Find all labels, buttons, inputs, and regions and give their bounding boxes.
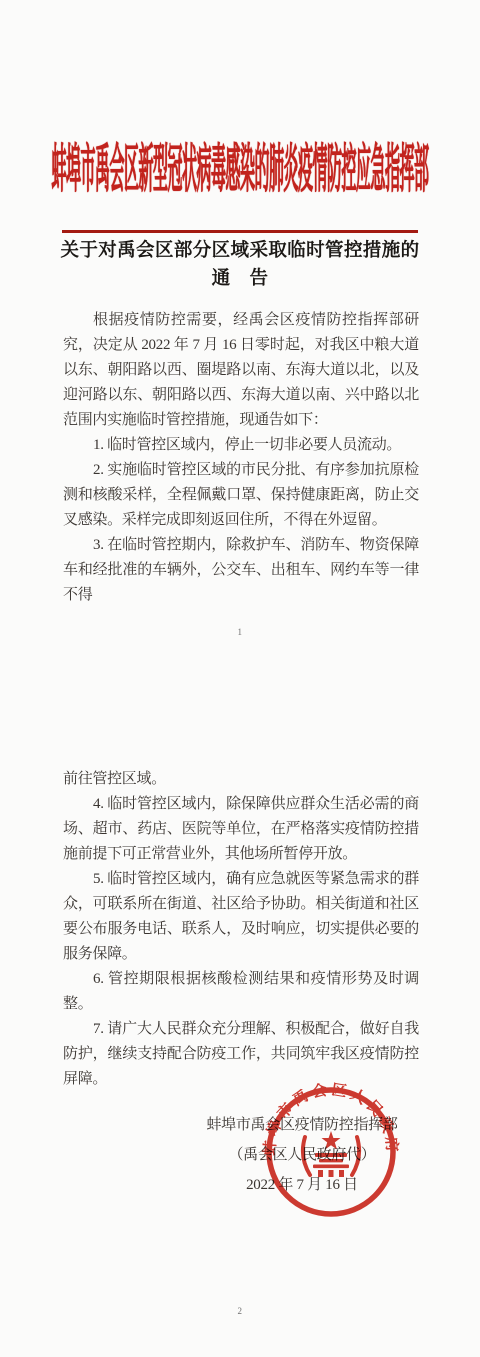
notice-title-line1: 关于对禹会区部分区域采取临时管控措施的	[0, 237, 480, 265]
notice-title: 关于对禹会区部分区域采取临时管控措施的 通 告	[0, 237, 480, 293]
issuing-authority-title: 蚌埠市禹会区新型冠状病毒感染的肺炎疫情防控应急指挥部	[51, 148, 428, 201]
page-number-1: 1	[0, 627, 480, 637]
notice-body-page1: 根据疫情防控需要，经禹会区疫情防控指挥部研究，决定从 2022 年 7 月 16…	[63, 308, 419, 608]
red-divider-line	[62, 230, 418, 233]
scanned-notice-document: 蚌埠市禹会区新型冠状病毒感染的肺炎疫情防控应急指挥部 关于对禹会区部分区域采取临…	[0, 0, 480, 1357]
paragraph-item-1: 1. 临时管控区域内，停止一切非必要人员流动。	[63, 433, 419, 458]
paragraph-item-4: 4. 临时管控区域内，除保障供应群众生活必需的商场、超市、药店、医院等单位，在严…	[63, 792, 419, 867]
paragraph-item-6: 6. 管控期限根据核酸检测结果和疫情形势及时调整。	[63, 967, 419, 1017]
red-header-masthead: 蚌埠市禹会区新型冠状病毒感染的肺炎疫情防控应急指挥部	[0, 146, 480, 218]
notice-title-line2: 通 告	[0, 265, 480, 293]
notice-body-page2: 前往管控区域。 4. 临时管控区域内，除保障供应群众生活必需的商场、超市、药店、…	[63, 767, 419, 1092]
national-emblem-icon	[303, 1131, 359, 1177]
paragraph-item-3: 3. 在临时管控期内，除救护车、消防车、物资保障车和经批准的车辆外，公交车、出租…	[63, 533, 419, 608]
paragraph-item-3-continuation: 前往管控区域。	[63, 767, 419, 792]
paragraph-intro: 根据疫情防控需要，经禹会区疫情防控指挥部研究，决定从 2022 年 7 月 16…	[63, 308, 419, 433]
paragraph-item-5: 5. 临时管控区域内，确有应急就医等紧急需求的群众，可联系所在街道、社区给予协助…	[63, 867, 419, 967]
official-red-seal: 蚌埠市禹会区人民政府	[258, 1079, 404, 1225]
page-number-2: 2	[0, 1306, 480, 1316]
paragraph-item-2: 2. 实施临时管控区域的市民分批、有序参加抗原检测和核酸采样，全程佩戴口罩、保持…	[63, 458, 419, 533]
